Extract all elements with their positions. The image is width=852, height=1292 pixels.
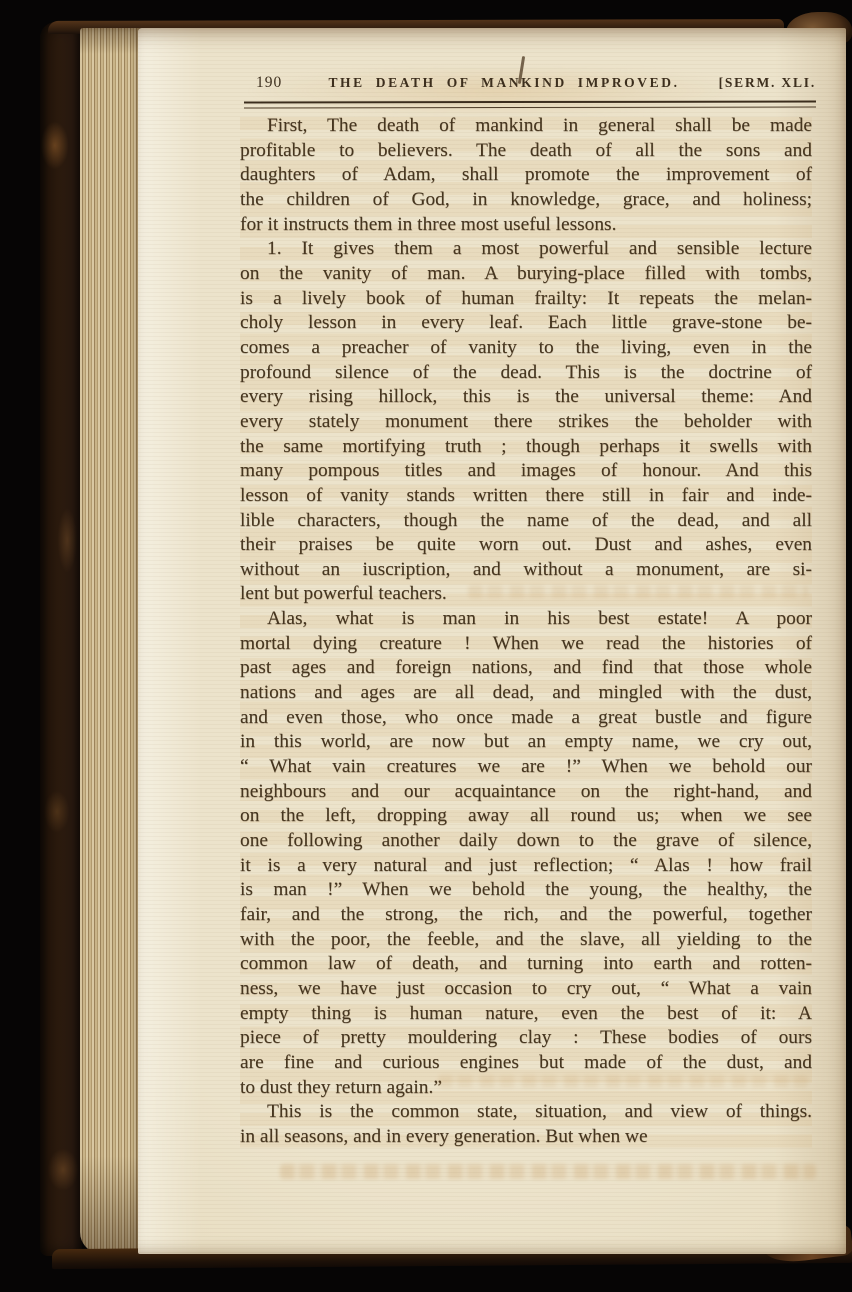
text-line: it is a very natural and just reflection… <box>240 854 812 879</box>
text-line: lesson of vanity stands written there st… <box>240 484 812 509</box>
text-line: This is the common state, situation, and… <box>240 1100 812 1125</box>
double-rule-divider <box>244 101 816 109</box>
text-line: ness, we have just occasion to cry out, … <box>240 977 812 1002</box>
text-line: past ages and foreign nations, and find … <box>240 656 812 681</box>
text-line: empty thing is human nature, even the be… <box>240 1002 812 1027</box>
book-spine-leather <box>40 22 82 1256</box>
text-line: with the poor, the feeble, and the slave… <box>240 928 812 953</box>
sermon-number-label: [SERM. XLI. <box>696 75 816 91</box>
text-line: is man !” When we behold the young, the … <box>240 878 812 903</box>
text-line: 1. It gives them a most powerful and sen… <box>240 237 812 262</box>
text-line: First, The death of mankind in general s… <box>240 114 812 139</box>
text-line: the same mortifying truth ; though perha… <box>240 435 812 460</box>
text-line: for it instructs them in three most usef… <box>240 213 812 238</box>
text-line: to dust they return again.” <box>240 1076 812 1101</box>
text-line: neighbours and our acquaintance on the r… <box>240 780 812 805</box>
text-line: nations and ages are all dead, and mingl… <box>240 681 812 706</box>
text-line: every stately monument there strikes the… <box>240 410 812 435</box>
running-title: THE DEATH OF MANKIND IMPROVED. <box>312 75 696 91</box>
page-edges-stack <box>80 28 140 1254</box>
text-line: the children of God, in knowledge, grace… <box>240 188 812 213</box>
text-line: every rising hillock, this is the univer… <box>240 385 812 410</box>
text-line: daughters of Adam, shall promote the imp… <box>240 163 812 188</box>
text-line: mortal dying creature ! When we read the… <box>240 632 812 657</box>
text-line: lible characters, though the name of the… <box>240 509 812 534</box>
text-line: and even those, who once made a great bu… <box>240 706 812 731</box>
text-line: “ What vain creatures we are !” When we … <box>240 755 812 780</box>
text-line: Alas, what is man in his best estate! A … <box>240 607 812 632</box>
text-line: is a lively book of human frailty: It re… <box>240 287 812 312</box>
book-photo-scene: 190 THE DEATH OF MANKIND IMPROVED. [SERM… <box>0 0 852 1292</box>
text-line: in all seasons, and in every generation.… <box>240 1125 812 1150</box>
text-line: are fine and curious engines but made of… <box>240 1051 812 1076</box>
running-head: 190 THE DEATH OF MANKIND IMPROVED. [SERM… <box>242 74 816 92</box>
text-line: common law of death, and turning into ea… <box>240 952 812 977</box>
text-line: profound silence of the dead. This is th… <box>240 361 812 386</box>
book-page: 190 THE DEATH OF MANKIND IMPROVED. [SERM… <box>138 28 846 1254</box>
text-line: fair, and the strong, the rich, and the … <box>240 903 812 928</box>
text-line: piece of pretty mouldering clay : These … <box>240 1026 812 1051</box>
text-body: First, The death of mankind in general s… <box>240 114 812 1150</box>
text-line: in this world, are now but an empty name… <box>240 730 812 755</box>
text-line: one following another daily down to the … <box>240 829 812 854</box>
text-line: on the vanity of man. A burying-place fi… <box>240 262 812 287</box>
page-number: 190 <box>242 74 312 92</box>
text-line: comes a preacher of vanity to the living… <box>240 336 812 361</box>
text-line: their praises be quite worn out. Dust an… <box>240 533 812 558</box>
text-line: profitable to believers. The death of al… <box>240 139 812 164</box>
text-line: without an iuscription, and without a mo… <box>240 558 812 583</box>
text-line: choly lesson in every leaf. Each little … <box>240 311 812 336</box>
text-line: many pompous titles and images of honour… <box>240 459 812 484</box>
text-line: on the left, dropping away all round us;… <box>240 804 812 829</box>
text-line: lent but powerful teachers. <box>240 582 812 607</box>
show-through-text <box>280 1164 816 1179</box>
